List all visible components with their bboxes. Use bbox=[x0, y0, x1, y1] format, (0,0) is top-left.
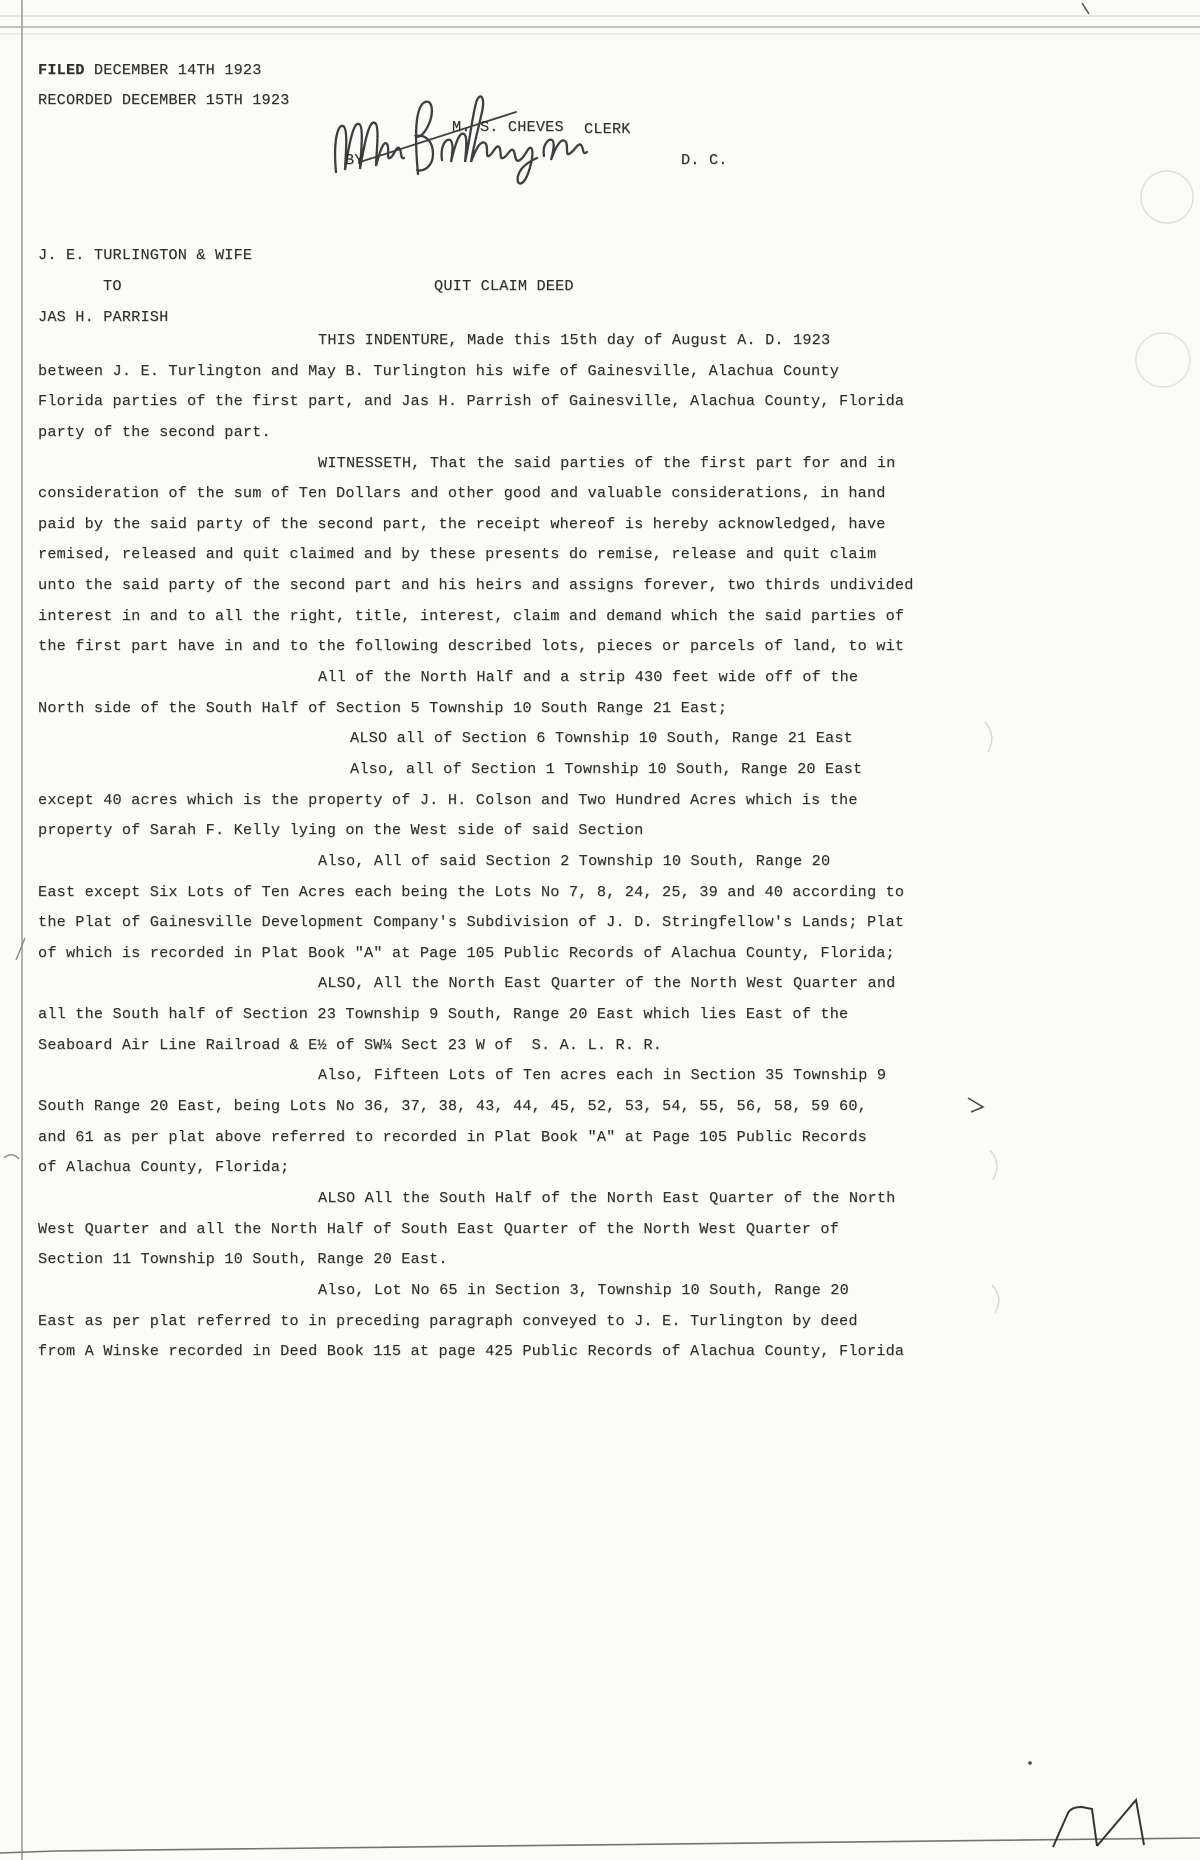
deed-text-line: of Alachua County, Florida; bbox=[38, 1152, 1168, 1183]
recorded-stamp-line: RECORDED DECEMBER 15TH 1923 bbox=[38, 91, 289, 109]
deed-text-line: North side of the South Half of Section … bbox=[38, 693, 1168, 724]
clerk-typed-name: M. S. CHEVES bbox=[452, 118, 564, 136]
deed-text-line: Also, All of said Section 2 Township 10 … bbox=[38, 846, 1168, 877]
deed-text-line: except 40 acres which is the property of… bbox=[38, 785, 1168, 816]
deed-text-line: party of the second part. bbox=[38, 417, 1168, 448]
deed-text-line: Section 11 Township 10 South, Range 20 E… bbox=[38, 1244, 1168, 1275]
deed-text-line: Also, Lot No 65 in Section 3, Township 1… bbox=[38, 1275, 1168, 1306]
deed-text-line: paid by the said party of the second par… bbox=[38, 509, 1168, 540]
deed-text-line: Seaboard Air Line Railroad & E½ of SW¼ S… bbox=[38, 1030, 1168, 1061]
deed-text-line: and 61 as per plat above referred to rec… bbox=[38, 1122, 1168, 1153]
grantor-name: J. E. TURLINGTON & WIFE bbox=[38, 246, 252, 264]
deed-text-line: property of Sarah F. Kelly lying on the … bbox=[38, 815, 1168, 846]
filed-label: FILED bbox=[38, 61, 85, 79]
clerk-by-label: BY bbox=[345, 151, 364, 169]
deed-text-line: all the South half of Section 23 Townshi… bbox=[38, 999, 1168, 1030]
filed-date: DECEMBER 14TH 1923 bbox=[85, 61, 262, 79]
deed-text-line: of which is recorded in Plat Book "A" at… bbox=[38, 938, 1168, 969]
clerk-signature-icon bbox=[330, 90, 600, 190]
document-page: FILED DECEMBER 14TH 1923 RECORDED DECEMB… bbox=[0, 0, 1200, 1860]
deed-text-line: West Quarter and all the North Half of S… bbox=[38, 1214, 1168, 1245]
clerk-title: CLERK bbox=[584, 120, 631, 138]
grantee-name: JAS H. PARRISH bbox=[38, 308, 168, 326]
filed-stamp-line: FILED DECEMBER 14TH 1923 bbox=[38, 61, 262, 79]
deed-text-line: the Plat of Gainesville Development Comp… bbox=[38, 907, 1168, 938]
deed-text-line: East as per plat referred to in precedin… bbox=[38, 1306, 1168, 1337]
deed-text-line: from A Winske recorded in Deed Book 115 … bbox=[38, 1336, 1168, 1367]
deed-text-line: between J. E. Turlington and May B. Turl… bbox=[38, 356, 1168, 387]
deed-text-line: All of the North Half and a strip 430 fe… bbox=[38, 662, 1168, 693]
deed-text-line: South Range 20 East, being Lots No 36, 3… bbox=[38, 1091, 1168, 1122]
deed-text-line: ALSO All the South Half of the North Eas… bbox=[38, 1183, 1168, 1214]
deed-text-line: ALSO all of Section 6 Township 10 South,… bbox=[38, 723, 1168, 754]
deed-text-line: interest in and to all the right, title,… bbox=[38, 601, 1168, 632]
deputy-clerk-label: D. C. bbox=[681, 151, 728, 169]
to-label: TO bbox=[103, 277, 122, 295]
deed-text-line: consideration of the sum of Ten Dollars … bbox=[38, 478, 1168, 509]
deed-text-line: Also, all of Section 1 Township 10 South… bbox=[38, 754, 1168, 785]
deed-text-line: Also, Fifteen Lots of Ten acres each in … bbox=[38, 1060, 1168, 1091]
deed-text-line: THIS INDENTURE, Made this 15th day of Au… bbox=[38, 325, 1168, 356]
deed-text-line: WITNESSETH, That the said parties of the… bbox=[38, 448, 1168, 479]
deed-text-line: remised, released and quit claimed and b… bbox=[38, 539, 1168, 570]
deed-text-line: the first part have in and to the follow… bbox=[38, 631, 1168, 662]
deed-text-line: ALSO, All the North East Quarter of the … bbox=[38, 968, 1168, 999]
deed-text-line: unto the said party of the second part a… bbox=[38, 570, 1168, 601]
deed-body: THIS INDENTURE, Made this 15th day of Au… bbox=[38, 325, 1168, 1367]
deed-text-line: East except Six Lots of Ten Acres each b… bbox=[38, 877, 1168, 908]
instrument-title: QUIT CLAIM DEED bbox=[434, 277, 574, 295]
deed-text-line: Florida parties of the first part, and J… bbox=[38, 386, 1168, 417]
